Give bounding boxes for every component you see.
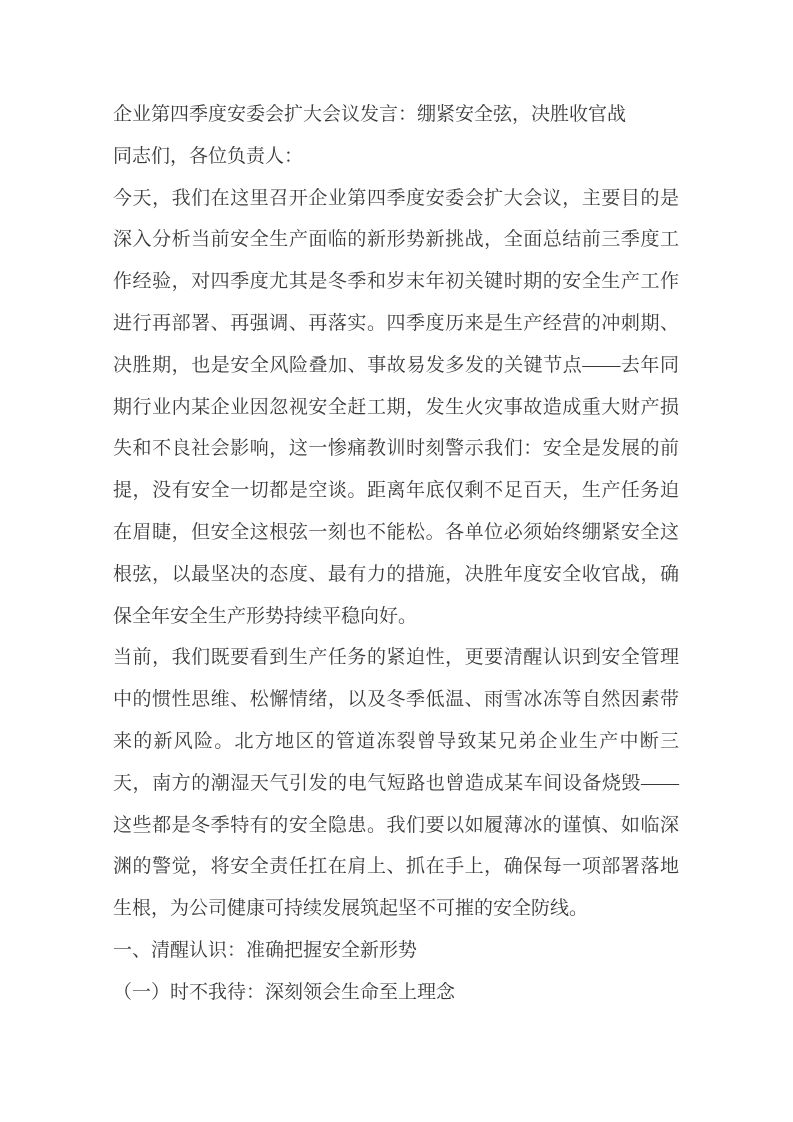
body-paragraph-2: 当前，我们既要看到生产任务的紧迫性，更要清醒认识到安全管理中的惯性思维、松懈情绪… [113, 637, 679, 930]
document-content: 企业第四季度安委会扩大会议发言：绷紧安全弦，决胜收官战 同志们，各位负责人： 今… [113, 94, 679, 1014]
section-heading-1: 一、清醒认识：准确把握安全新形势 [113, 930, 679, 972]
document-title: 企业第四季度安委会扩大会议发言：绷紧安全弦，决胜收官战 [113, 94, 679, 136]
body-paragraph-1: 今天，我们在这里召开企业第四季度安委会扩大会议，主要目的是深入分析当前安全生产面… [113, 178, 679, 638]
subsection-heading-1-1: （一）时不我待：深刻领会生命至上理念 [113, 972, 679, 1014]
salutation-line: 同志们，各位负责人： [113, 136, 679, 178]
document-page: 企业第四季度安委会扩大会议发言：绷紧安全弦，决胜收官战 同志们，各位负责人： 今… [0, 0, 793, 1122]
